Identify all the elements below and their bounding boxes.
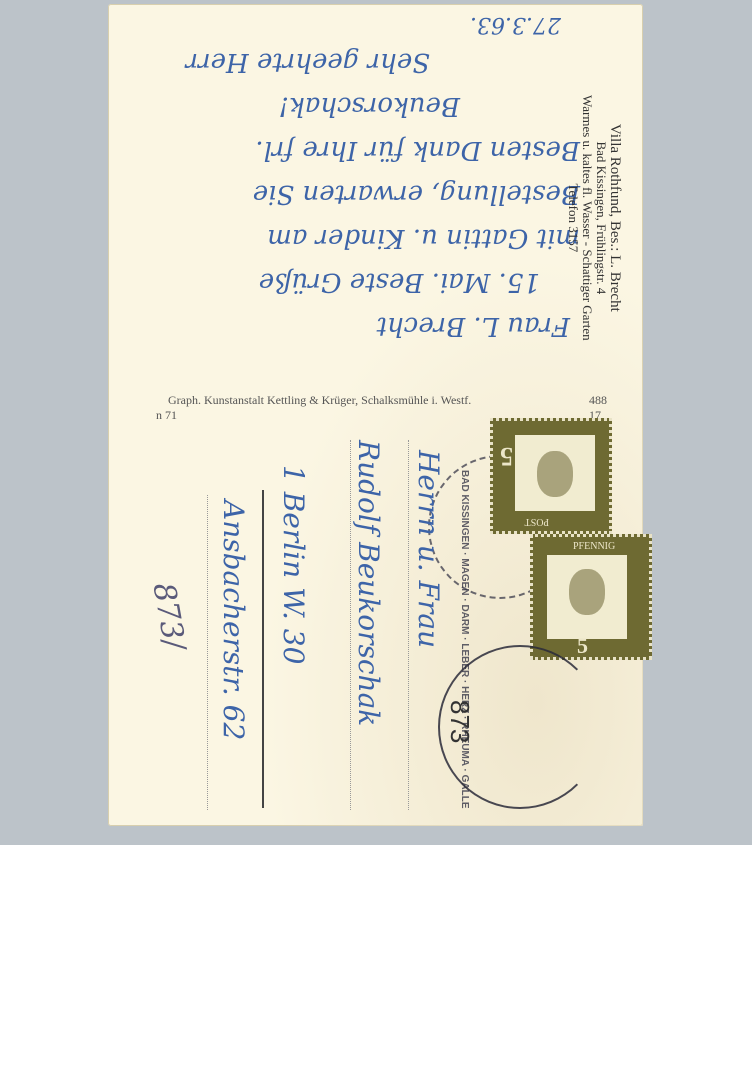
postage-stamp: PFENNIG 5 (530, 534, 652, 660)
hotel-address: Bad Kissingen, Frühlingstr. 4 (594, 95, 608, 341)
postage-stamp-upside-down: POST 5 (490, 418, 612, 534)
stamp-sub: PFENNIG (573, 541, 615, 552)
hotel-phone: Telefon 3157 (566, 95, 580, 341)
address-guide-line (350, 440, 351, 810)
portrait-icon (537, 451, 573, 497)
address-guide-line (408, 440, 409, 810)
stamp-label: POST (525, 516, 549, 527)
publisher-block: Villa Rothfund, Bes.: L. Brecht Bad Kiss… (566, 95, 622, 341)
hotel-name: Villa Rothfund, Bes.: L. Brecht (608, 95, 622, 341)
stamp-denomination: 5 (577, 633, 588, 659)
message-line: mit Gattin u. Kinder am (130, 216, 580, 260)
printer-text: Graph. Kunstanstalt Kettling & Krüger, S… (168, 393, 471, 407)
handwritten-date: 27.3.63. (470, 12, 561, 37)
postmark-number: 873 (444, 700, 475, 743)
printer-imprint: Graph. Kunstanstalt Kettling & Krüger, S… (168, 393, 471, 408)
address-line: 1 Berlin W. 30 (277, 465, 310, 664)
message-line: Sehr geehrte Herr (130, 40, 580, 84)
message-line: Bestellung, erwarten Sie (130, 172, 580, 216)
portrait-icon (569, 569, 605, 615)
message-line: Besten Dank für Ihre frl. (130, 128, 580, 172)
printer-code: n 71 (156, 408, 177, 423)
stamp-denomination: 5 (500, 441, 513, 471)
message-line: Beukorschak! (130, 84, 580, 128)
message-line: Frau L. Brecht (130, 304, 580, 348)
handwritten-message: Frau L. Brecht 15. Mai. Beste Grüße mit … (130, 40, 580, 348)
hotel-amenities: Warmes u. kaltes fl. Wasser - Schattiger… (580, 95, 594, 341)
address-line: Ansbacherstr. 62 (217, 500, 250, 740)
address-line: Rudolf Beukorschak (352, 440, 385, 726)
message-line: 15. Mai. Beste Grüße (130, 260, 580, 304)
address-guide-line (207, 495, 208, 810)
address-line: Herrn u. Frau (412, 450, 445, 648)
address-divider (262, 490, 264, 808)
